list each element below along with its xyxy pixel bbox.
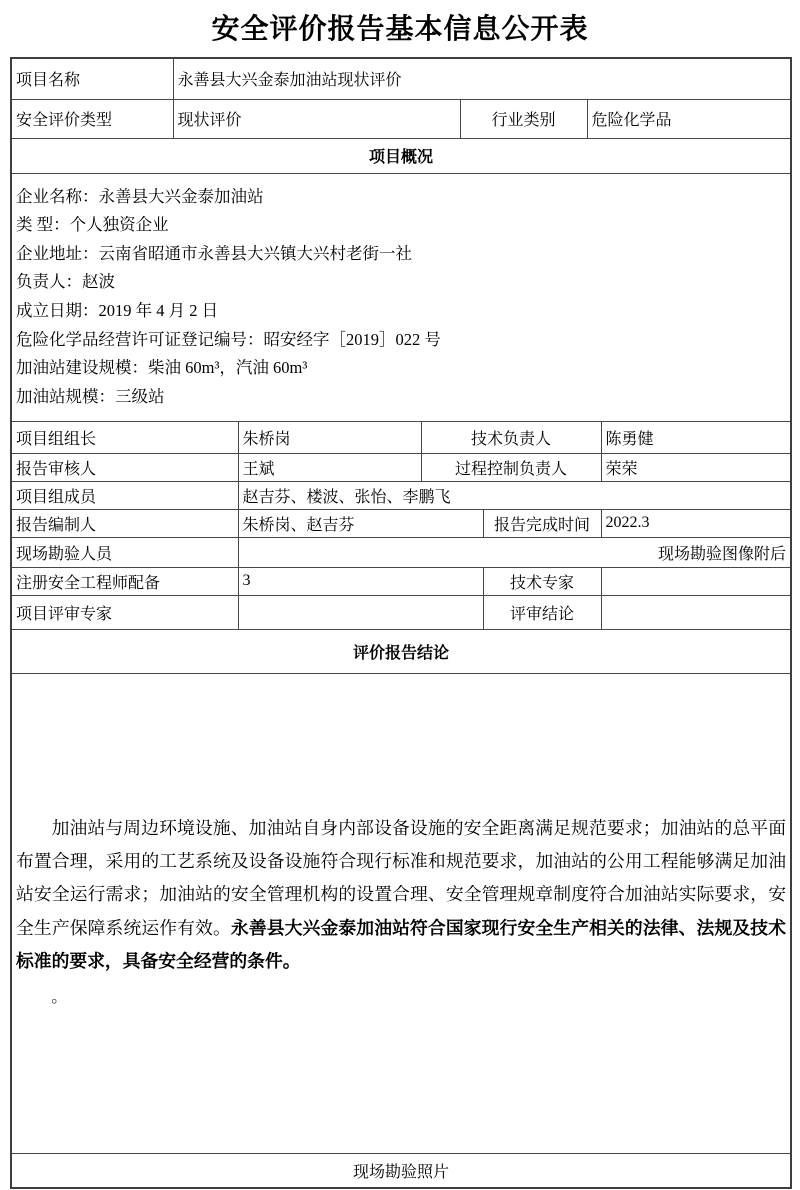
cert-engineers-value: 3 [238, 567, 483, 595]
report-date-value: 2022.3 [601, 509, 791, 537]
row-team-members: 项目组成员 赵吉芬、楼波、张怡、李鹏飞 [11, 481, 791, 509]
overview-line-founding-date: 成立日期：2019 年 4 月 2 日 [16, 297, 786, 326]
site-survey-label: 现场勘验人员 [11, 537, 238, 567]
row-cert-engineers: 注册安全工程师配备 3 技术专家 [11, 567, 791, 595]
review-experts-label: 项目评审专家 [11, 595, 238, 629]
overview-section-title: 项目概况 [11, 138, 791, 173]
row-project-name: 项目名称 永善县大兴金泰加油站现状评价 [11, 58, 791, 99]
row-overview-header: 项目概况 [11, 138, 791, 173]
team-leader-value: 朱桥岗 [238, 421, 421, 453]
overview-line-responsible-person: 负责人：赵波 [16, 268, 786, 297]
row-eval-type: 安全评价类型 现状评价 行业类别 危险化学品 [11, 99, 791, 138]
row-review-experts: 项目评审专家 评审结论 [11, 595, 791, 629]
project-name-value: 永善县大兴金泰加油站现状评价 [173, 58, 791, 99]
photos-section-title: 现场勘验照片 [11, 1153, 791, 1188]
project-name-label: 项目名称 [11, 58, 173, 99]
process-control-value: 荣荣 [601, 453, 791, 481]
tech-lead-value: 陈勇健 [601, 421, 791, 453]
page-title: 安全评价报告基本信息公开表 [0, 0, 800, 43]
report-authors-value: 朱桥岗、赵吉芬 [238, 509, 483, 537]
overview-line-construction-scale: 加油站建设规模：柴油 60m³，汽油 60m³ [16, 354, 786, 383]
report-authors-label: 报告编制人 [11, 509, 238, 537]
overview-line-company-address: 企业地址：云南省昭通市永善县大兴镇大兴村老街一社 [16, 240, 786, 269]
row-overview-body: 企业名称：永善县大兴金泰加油站 类 型：个人独资企业 企业地址：云南省昭通市永善… [11, 173, 791, 421]
eval-type-value: 现状评价 [173, 99, 460, 138]
info-table: 项目名称 永善县大兴金泰加油站现状评价 安全评价类型 现状评价 行业类别 危险化… [10, 57, 792, 1189]
process-control-label: 过程控制负责人 [421, 453, 601, 481]
industry-value: 危险化学品 [587, 99, 791, 138]
overview-line-station-scale: 加油站规模：三级站 [16, 383, 786, 412]
tech-expert-label: 技术专家 [483, 567, 601, 595]
tech-expert-value [601, 567, 791, 595]
row-report-reviewer: 报告审核人 王斌 过程控制负责人 荣荣 [11, 453, 791, 481]
conclusion-section-title: 评价报告结论 [11, 629, 791, 673]
review-conclusion-label: 评审结论 [483, 595, 601, 629]
industry-label: 行业类别 [460, 99, 587, 138]
row-photos-header: 现场勘验照片 [11, 1153, 791, 1188]
overview-line-license-number: 危险化学品经营许可证登记编号：昭安经字［2019］022 号 [16, 326, 786, 355]
team-leader-label: 项目组组长 [11, 421, 238, 453]
team-members-value: 赵吉芬、楼波、张怡、李鹏飞 [238, 481, 791, 509]
conclusion-body: 加油站与周边环境设施、加油站自身内部设备设施的安全距离满足规范要求；加油站的总平… [11, 673, 791, 1153]
report-reviewer-label: 报告审核人 [11, 453, 238, 481]
review-experts-value [238, 595, 483, 629]
row-conclusion-body: 加油站与周边环境设施、加油站自身内部设备设施的安全距离满足规范要求；加油站的总平… [11, 673, 791, 1153]
site-survey-note: 现场勘验图像附后 [238, 537, 791, 567]
row-report-authors: 报告编制人 朱桥岗、赵吉芬 报告完成时间 2022.3 [11, 509, 791, 537]
row-team-leader: 项目组组长 朱桥岗 技术负责人 陈勇健 [11, 421, 791, 453]
tech-lead-label: 技术负责人 [421, 421, 601, 453]
overview-line-company-type: 类 型：个人独资企业 [16, 211, 786, 240]
eval-type-label: 安全评价类型 [11, 99, 173, 138]
row-conclusion-header: 评价报告结论 [11, 629, 791, 673]
conclusion-trailing-period: 。 [16, 981, 786, 1014]
team-members-label: 项目组成员 [11, 481, 238, 509]
row-site-survey: 现场勘验人员 现场勘验图像附后 [11, 537, 791, 567]
conclusion-paragraph: 加油站与周边环境设施、加油站自身内部设备设施的安全距离满足规范要求；加油站的总平… [16, 812, 786, 978]
cert-engineers-label: 注册安全工程师配备 [11, 567, 238, 595]
overview-line-company-name: 企业名称：永善县大兴金泰加油站 [16, 183, 786, 212]
report-reviewer-value: 王斌 [238, 453, 421, 481]
report-date-label: 报告完成时间 [483, 509, 601, 537]
overview-body: 企业名称：永善县大兴金泰加油站 类 型：个人独资企业 企业地址：云南省昭通市永善… [11, 173, 791, 421]
review-conclusion-value [601, 595, 791, 629]
